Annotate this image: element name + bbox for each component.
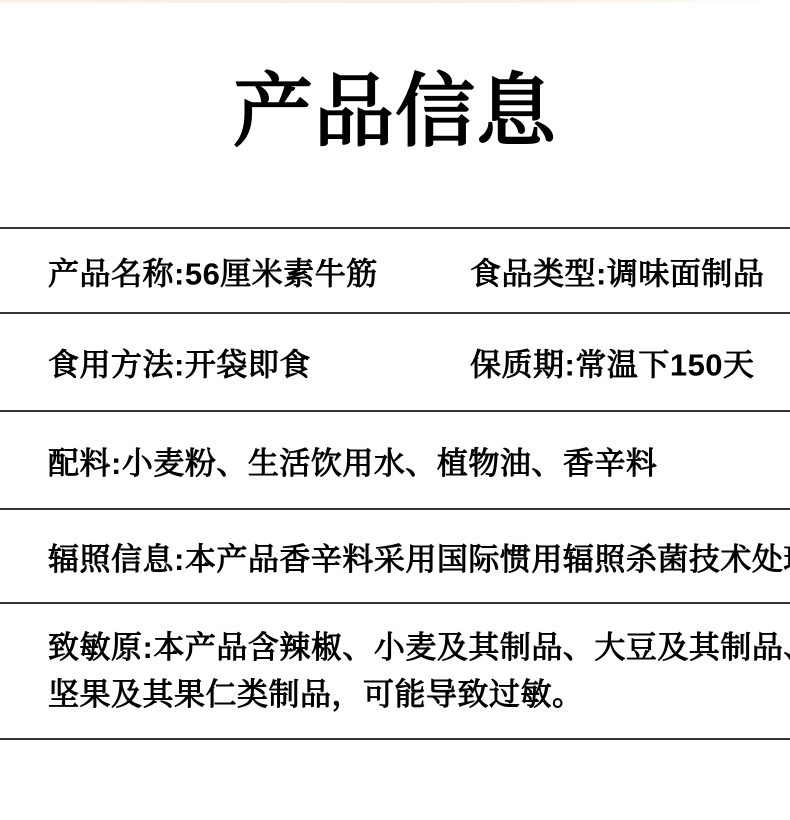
table-row-allergens: 致敏原:本产品含辣椒、小麦及其制品、大豆及其制品、 坚果及其果仁类制品，可能导致… — [0, 602, 790, 740]
allergens-line-2: 坚果及其果仁类制品，可能导致过敏。 — [48, 671, 790, 718]
allergens-text: 致敏原:本产品含辣椒、小麦及其制品、大豆及其制品、 坚果及其果仁类制品，可能导致… — [48, 624, 790, 718]
food-type-text: 食品类型:调味面制品 — [470, 248, 764, 293]
table-row-name-type: 产品名称:56厘米素牛筋 食品类型:调味面制品 — [0, 227, 790, 312]
shelf-life-text: 保质期:常温下150天 — [470, 340, 755, 385]
irradiation-text: 辐照信息:本产品香辛料采用国际惯用辐照杀菌技术处理 — [48, 534, 790, 579]
product-info-page: 产品信息 产品名称:56厘米素牛筋 食品类型:调味面制品 食用方法:开袋即食 保… — [0, 0, 790, 820]
table-row-usage-shelf: 食用方法:开袋即食 保质期:常温下150天 — [0, 312, 790, 410]
product-name-text: 产品名称:56厘米素牛筋 — [48, 248, 378, 293]
allergens-line-1: 致敏原:本产品含辣椒、小麦及其制品、大豆及其制品、 — [48, 624, 790, 671]
page-title: 产品信息 — [0, 58, 790, 166]
product-info-table: 产品名称:56厘米素牛筋 食品类型:调味面制品 食用方法:开袋即食 保质期:常温… — [0, 227, 790, 740]
usage-text: 食用方法:开袋即食 — [48, 340, 311, 385]
table-row-irradiation: 辐照信息:本产品香辛料采用国际惯用辐照杀菌技术处理 — [0, 508, 790, 602]
top-edge-divider — [0, 0, 790, 3]
ingredients-text: 配料:小麦粉、生活饮用水、植物油、香辛料 — [48, 438, 657, 483]
table-row-ingredients: 配料:小麦粉、生活饮用水、植物油、香辛料 — [0, 410, 790, 508]
